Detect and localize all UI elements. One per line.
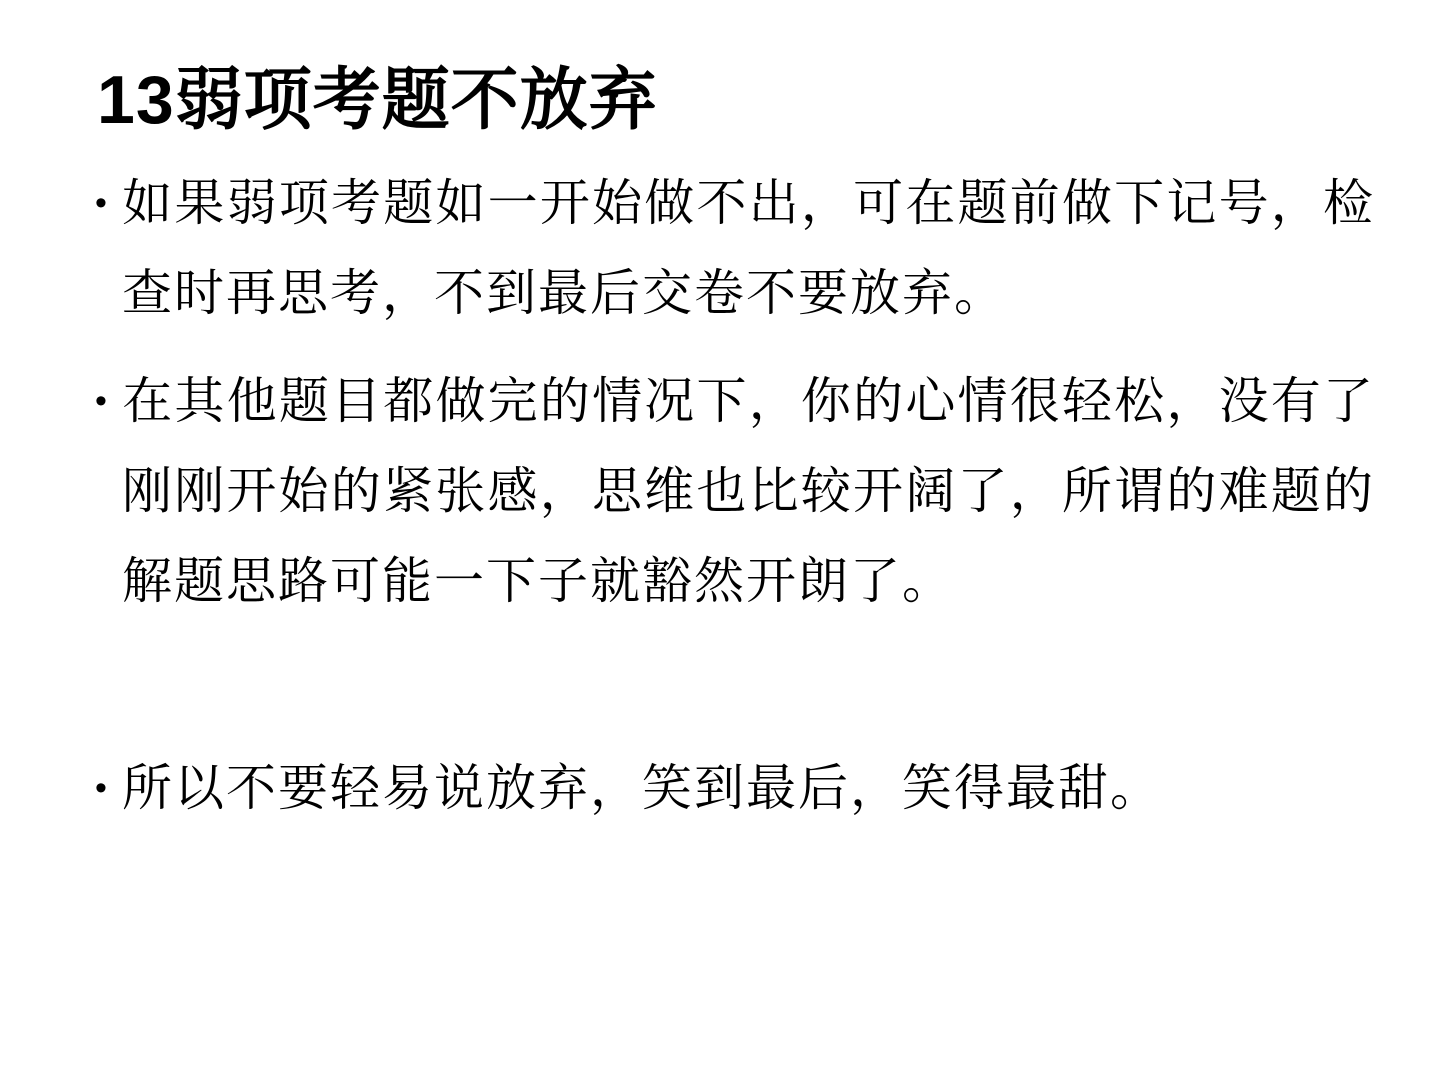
bullet-icon: •: [95, 158, 122, 248]
bullet-icon: •: [95, 356, 122, 446]
bullet-text-2: 在其他题目都做完的情况下，你的心情很轻松，没有了刚刚开始的紧张感，思维也比较开阔…: [122, 373, 1375, 609]
bullet-list: •如果弱项考题如一开始做不出，可在题前做下记号，检查时再思考，不到最后交卷不要放…: [95, 158, 1375, 851]
bullet-item-3: •所以不要轻易说放弃，笑到最后，笑得最甜。: [95, 743, 1375, 833]
bullet-text-1: 如果弱项考题如一开始做不出，可在题前做下记号，检查时再思考，不到最后交卷不要放弃…: [122, 175, 1375, 321]
bullet-item-1: •如果弱项考题如一开始做不出，可在题前做下记号，检查时再思考，不到最后交卷不要放…: [95, 158, 1375, 338]
bullet-icon: •: [95, 743, 122, 833]
bullet-item-2: •在其他题目都做完的情况下，你的心情很轻松，没有了刚刚开始的紧张感，思维也比较开…: [95, 356, 1375, 626]
slide-title: 13弱项考题不放弃: [97, 58, 658, 142]
bullet-text-3: 所以不要轻易说放弃，笑到最后，笑得最甜。: [122, 760, 1162, 816]
slide-canvas: 13弱项考题不放弃 •如果弱项考题如一开始做不出，可在题前做下记号，检查时再思考…: [0, 0, 1440, 1080]
